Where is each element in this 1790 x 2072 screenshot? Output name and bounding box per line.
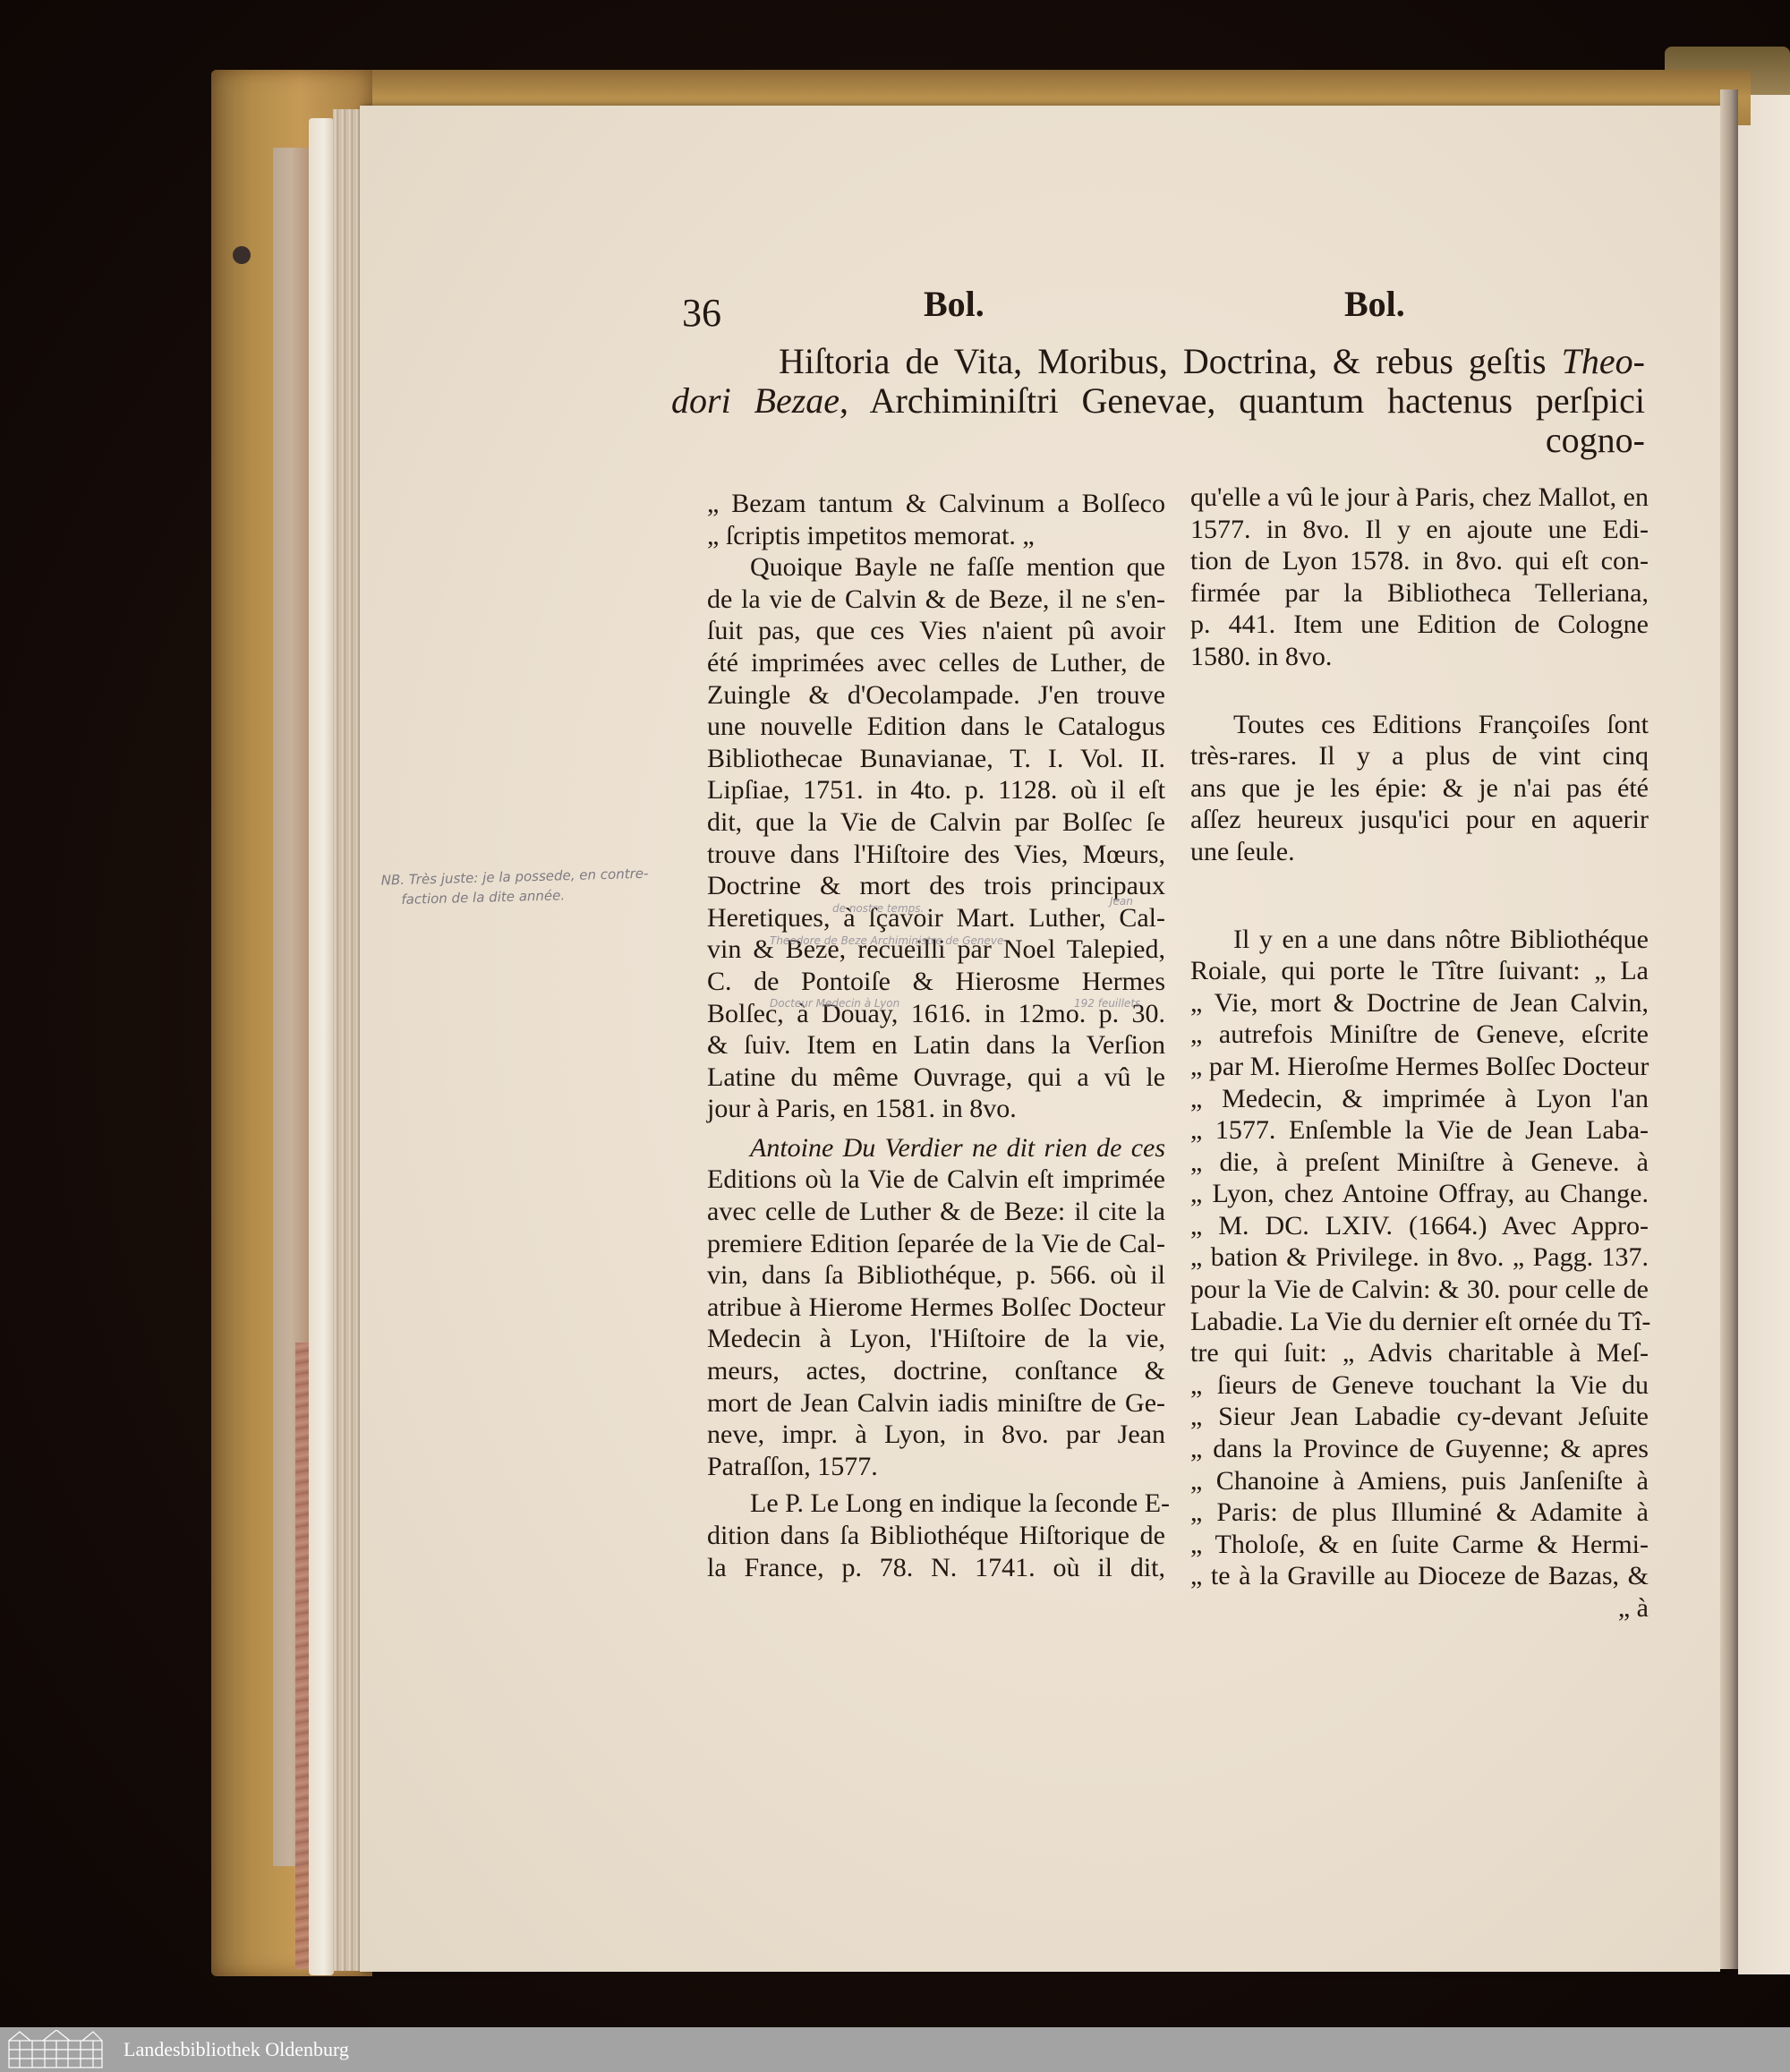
catchword: „ à xyxy=(1190,1592,1649,1624)
text-line: & ſuiv. Item en Latin dans la Verſion xyxy=(707,1029,1165,1062)
text-line: Il y en a une dans nôtre Bibliothéque xyxy=(1190,924,1649,956)
text-line: une ſeule. xyxy=(1190,836,1649,868)
title-line-2: dori Bezae, Archiminiſtri Genevae, quant… xyxy=(671,381,1645,421)
text-line: „ die, à preſent Miniſtre à Geneve. à xyxy=(1190,1147,1649,1179)
entry-title: Hiſtoria de Vita, Moribus, Doctrina, & r… xyxy=(671,342,1645,460)
text-line: „ Tholoſe, & en ſuite Carme & Hermi- xyxy=(1190,1529,1649,1561)
cover-rivet xyxy=(233,246,251,264)
text-line: tre qui ſuit: „ Advis charitable à Meſ- xyxy=(1190,1337,1649,1369)
handwritten-margin-note: NB. Très juste: je la possede, en contre… xyxy=(380,862,695,909)
text-line: dition dans ſa Bibliothéque Hiſtorique d… xyxy=(707,1520,1165,1552)
text-column-left: „ Bezam tantum & Calvinum a Bolſeco „ ſc… xyxy=(707,488,1165,1583)
text-line: jour à Paris, en 1581. in 8vo. xyxy=(707,1093,1165,1125)
text-line: dit, que la Vie de Calvin par Bolſec ſe xyxy=(707,806,1165,839)
text-line: „ Lyon, chez Antoine Offray, au Change. xyxy=(1190,1178,1649,1210)
pencil-annotation: de nostre temps. xyxy=(832,902,924,915)
text-line: Labadie. La Vie du dernier eſt ornée du … xyxy=(1190,1306,1649,1338)
text-line: Medecin à Lyon, l'Hiſtoire de la vie, xyxy=(707,1323,1165,1355)
text-line: ſuit pas, que ces Vies n'aient pû avoir xyxy=(707,615,1165,647)
text-line: neve, impr. à Lyon, in 8vo. par Jean xyxy=(707,1419,1165,1451)
text-line: „ par M. Hieroſme Hermes Bolſec Docteur xyxy=(1190,1051,1649,1083)
text-line: Lipſiae, 1751. in 4to. p. 1128. où il eſ… xyxy=(707,774,1165,806)
library-name: Landesbibliothek Oldenburg xyxy=(124,2038,349,2061)
pencil-annotation: Theodore de Beze Archiministre de Geneve xyxy=(770,934,1003,947)
text-line: Antoine Du Verdier ne dit rien de ces xyxy=(707,1132,1165,1164)
pencil-annotation: Docteur Medecin à Lyon xyxy=(770,997,899,1010)
text-line: „ te à la Graville au Dioceze de Bazas, … xyxy=(1190,1560,1649,1592)
text-line: „ ſcriptis impetitos memorat. „ xyxy=(707,520,1165,552)
text-line: meurs, actes, doctrine, conſtance & xyxy=(707,1355,1165,1387)
text-line: C. de Pontoiſe & Hierosme Hermes xyxy=(707,966,1165,998)
text-line: Roiale, qui porte le Tître ſuivant: „ La xyxy=(1190,955,1649,987)
text-line: Latine du même Ouvrage, qui a vû le xyxy=(707,1062,1165,1094)
text-line: „ Bezam tantum & Calvinum a Bolſeco xyxy=(707,488,1165,520)
title-line-3: cogno- xyxy=(671,421,1645,460)
text-line: qu'elle a vû le jour à Paris, chez Mallo… xyxy=(1190,482,1649,514)
gutter-shadow xyxy=(1720,90,1738,1969)
text-line: Patraſſon, 1577. xyxy=(707,1451,1165,1483)
title-line-1: Hiſtoria de Vita, Moribus, Doctrina, & r… xyxy=(671,342,1645,381)
text-line: Toutes ces Editions Françoiſes ſont xyxy=(1190,709,1649,741)
text-line: aſſez heureux jusqu'ici pour en aquerir xyxy=(1190,804,1649,836)
pencil-annotation: 192 feuillets xyxy=(1074,997,1140,1010)
text-line: 1580. in 8vo. xyxy=(1190,641,1649,673)
text-line: „ Chanoine à Amiens, puis Janſeniſte à xyxy=(1190,1465,1649,1497)
text-line: „ Vie, mort & Doctrine de Jean Calvin, xyxy=(1190,987,1649,1019)
text-line: Bibliothecae Bunavianae, T. I. Vol. II. xyxy=(707,743,1165,775)
text-line: „ bation & Privilege. in 8vo. „ Pagg. 13… xyxy=(1190,1241,1649,1274)
text-line: Le P. Le Long en indique la ſeconde E- xyxy=(707,1488,1165,1520)
text-line: „ ſieurs de Geneve touchant la Vie du xyxy=(1190,1369,1649,1402)
text-line: 1577. in 8vo. Il y en ajoute une Edi- xyxy=(1190,514,1649,546)
text-line: „ Medecin, & imprimée à Lyon l'an xyxy=(1190,1083,1649,1115)
page-number: 36 xyxy=(682,294,721,333)
text-line: ans que je les épie: & je n'ai pas été xyxy=(1190,772,1649,805)
text-line: p. 441. Item une Edition de Cologne xyxy=(1190,609,1649,641)
text-line: premiere Edition ſeparée de la Vie de Ca… xyxy=(707,1228,1165,1260)
text-line: pour la Vie de Calvin: & 30. pour celle … xyxy=(1190,1274,1649,1306)
text-line: la France, p. 78. N. 1741. où il dit, xyxy=(707,1552,1165,1584)
text-line: Zuingle & d'Oecolampade. J'en trouve xyxy=(707,679,1165,712)
text-line: firmée par la Bibliotheca Telleriana, xyxy=(1190,577,1649,610)
text-line: „ autrefois Miniſtre de Geneve, eſcrite xyxy=(1190,1019,1649,1051)
running-head-right: Bol. xyxy=(1344,286,1405,322)
text-line: „ M. DC. LXIV. (1664.) Avec Appro- xyxy=(1190,1210,1649,1242)
library-building-icon xyxy=(7,2030,106,2069)
text-line: „ Sieur Jean Labadie cy-devant Jeſuite xyxy=(1190,1401,1649,1433)
text-column-right: qu'elle a vû le jour à Paris, chez Mallo… xyxy=(1190,482,1649,1624)
text-line: Quoique Bayle ne faſſe mention que xyxy=(707,551,1165,584)
page-stack-edges xyxy=(333,109,362,1971)
text-line: „ Paris: de plus Illuminé & Adamite à xyxy=(1190,1496,1649,1529)
text-line: vin, dans ſa Bibliothéque, p. 566. où il xyxy=(707,1259,1165,1292)
text-line: de la vie de Calvin & de Beze, il ne s'e… xyxy=(707,584,1165,616)
text-line: très-rares. Il y a plus de vint cinq xyxy=(1190,740,1649,772)
text-line: mort de Jean Calvin iadis miniſtre de Ge… xyxy=(707,1387,1165,1420)
text-line: avec celle de Luther & de Beze: il cite … xyxy=(707,1196,1165,1228)
library-footer-bar: Landesbibliothek Oldenburg xyxy=(0,2027,1790,2072)
running-head-left: Bol. xyxy=(924,286,984,322)
text-line: „ dans la Province de Guyenne; & apres xyxy=(1190,1433,1649,1465)
text-line: Doctrine & mort des trois principaux xyxy=(707,870,1165,902)
text-line: tion de Lyon 1578. in 8vo. qui eſt con- xyxy=(1190,545,1649,577)
text-line: Editions où la Vie de Calvin eſt imprimé… xyxy=(707,1164,1165,1196)
pencil-annotation: Jean xyxy=(1110,895,1133,908)
text-line: été imprimées avec celles de Luther, de xyxy=(707,647,1165,679)
text-line: une nouvelle Edition dans le Catalogus xyxy=(707,711,1165,743)
text-line: „ 1577. Enſemble la Vie de Jean Laba- xyxy=(1190,1114,1649,1147)
facing-page-edge xyxy=(1738,95,1790,1974)
flyleaf xyxy=(309,118,334,1975)
text-line: trouve dans l'Hiſtoire des Vies, Mœurs, xyxy=(707,839,1165,871)
text-line: Heretiques, à ſçavoir Mart. Luther, Cal- xyxy=(707,902,1165,934)
text-line: atribue à Hierome Hermes Bolſec Docteur xyxy=(707,1292,1165,1324)
